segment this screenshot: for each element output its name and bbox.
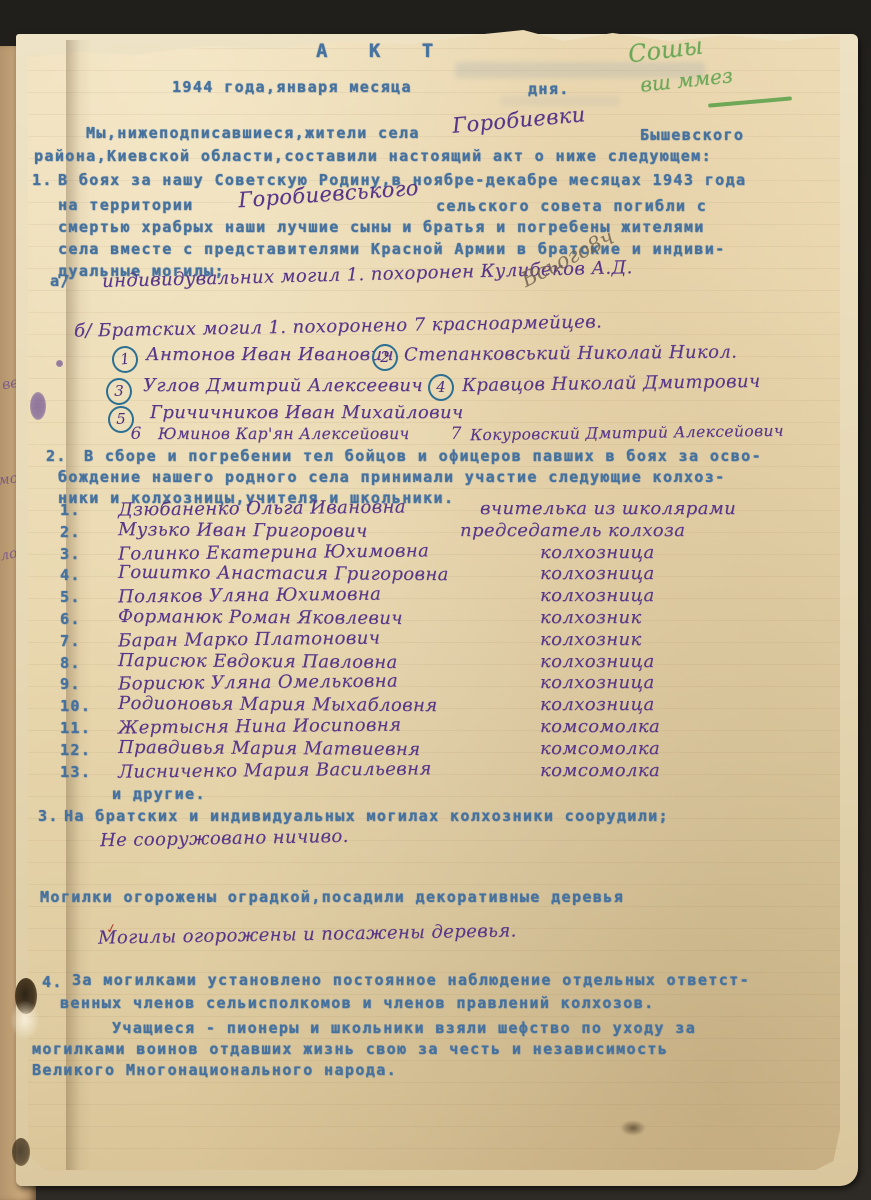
soldier-name: Гричичников Иван Михайлович (150, 402, 464, 423)
item-b-handwritten: б/ Братских могил 1. похоронено 7 красно… (74, 311, 603, 341)
participant-number: 13. (60, 763, 91, 781)
participant-row: 3. Голинко Екатерина Юхимовна колхозница (60, 542, 820, 564)
soldier-name: Кравцов Николай Дмитрович (462, 371, 761, 396)
participants-list: 1. Дзюбаненко Ольга Ивановна вчителька и… (60, 498, 820, 781)
section4-line1: За могилками установлено постоянное набл… (72, 971, 750, 989)
participant-name: Правдивья Мария Матвиевня (118, 737, 421, 760)
soldier-name: Степанковський Николай Никол. (404, 342, 737, 366)
participant-row: 1. Дзюбаненко Ольга Ивановна вчителька и… (60, 498, 820, 520)
section3-handwritten-answer2: Могилы огорожены и посажены деревья. (98, 920, 517, 948)
participant-row: 9. Борисюк Уляна Омельковна колхозница (60, 672, 820, 694)
participant-row: 13. Лисниченко Мария Васильевня комсомол… (60, 760, 820, 782)
participant-name: Форманюк Роман Яковлевич (118, 606, 403, 629)
participant-name: Лисниченко Мария Васильевня (118, 758, 432, 782)
section4-line4: могилками воинов отдавших жизнь свою за … (32, 1040, 668, 1058)
section4-number: 4. (42, 973, 63, 991)
section3-typed2: Могилки огорожены оградкой,посадили деко… (40, 888, 624, 906)
participant-name: Гошитко Анастасия Григоровна (118, 562, 449, 585)
participant-name: Поляков Уляна Юхимовна (118, 584, 381, 608)
participant-number: 8. (60, 654, 81, 672)
participant-role: колхозница (540, 585, 655, 606)
section4-line5: Великого Многонационального народа. (32, 1061, 397, 1079)
participant-role: колхозница (540, 542, 655, 563)
participant-row: 5. Поляков Уляна Юхимовна колхозница (60, 585, 820, 607)
participant-name: Баран Марко Платонович (118, 627, 381, 651)
participant-role: колхозница (540, 651, 655, 672)
participant-row: 6. Форманюк Роман Яковлевич колхозник (60, 607, 820, 629)
participant-number: 11. (60, 719, 91, 737)
section3-line1: На братских и индивидуальных могилах кол… (64, 807, 669, 825)
participant-number: 12. (60, 741, 91, 759)
participant-role: комсомолка (540, 738, 660, 759)
green-pencil-note-line2: вш ммез (639, 63, 734, 97)
date-line-left: 1944 года,января месяца (172, 78, 412, 96)
page-content: А К Т 1944 года,января месяца дня. Сошы … (0, 0, 871, 1200)
soldier-number-circled: 3 (106, 378, 132, 405)
participant-number: 7. (60, 632, 81, 650)
participant-role: комсомолка (540, 716, 660, 737)
participant-row: 4. Гошитко Анастасия Григоровна колхозни… (60, 563, 820, 585)
section1-line2: на территории (58, 196, 194, 214)
participant-number: 10. (60, 697, 91, 715)
participant-number: 3. (60, 545, 81, 563)
participant-name: Парисюк Евдокия Павловна (118, 650, 398, 673)
participant-role: колхозница (540, 672, 655, 693)
date-line-day: дня. (528, 80, 570, 98)
participant-number: 2. (60, 523, 81, 541)
and-others-line: и другие. (112, 785, 206, 803)
participant-number: 6. (60, 610, 81, 628)
soldier-name: Кокуровский Дмитрий Алексейович (470, 422, 784, 444)
section2-line1: В сборе и погребении тел бойцов и офицер… (84, 447, 762, 465)
participant-number: 9. (60, 675, 81, 693)
participant-role: колхозник (540, 607, 642, 628)
participant-name: Родионовья Мария Мыхабловня (118, 693, 438, 716)
participant-name: Музько Иван Григорович (118, 519, 368, 542)
village-name-handwritten: Горобиевки (451, 102, 586, 138)
section2-line2: бождение нашего родного села принимали у… (58, 468, 726, 486)
section1-line2b: сельского совета погибли с (436, 197, 707, 215)
soldier-name: Антонов Иван Иванович (146, 344, 394, 365)
participant-role: колхозник (540, 629, 642, 650)
participant-role: вчителька из школярами (480, 498, 736, 519)
participant-role: колхозница (540, 694, 655, 715)
soldier-name: Углов Дмитрий Алексеевич (143, 375, 423, 396)
green-underline (708, 96, 792, 107)
section3-handwritten-answer: Не сооружовано ничиво. (100, 826, 349, 851)
participant-number: 5. (60, 588, 81, 606)
participant-row: 7. Баран Марко Платонович колхозник (60, 629, 820, 651)
participant-name: Жертысня Нина Иосиповня (118, 714, 402, 738)
participant-role: колхозница (540, 563, 655, 584)
participant-row: 10. Родионовья Мария Мыхабловня колхозни… (60, 694, 820, 716)
section2-number: 2. (46, 447, 67, 465)
item-a-marker: а/ (50, 272, 71, 290)
soldier-number: 6 (128, 424, 144, 444)
participant-role: комсомолка (540, 760, 660, 781)
soldier-number-circled: 2 (372, 344, 398, 371)
section4-line3: Учащиеся - пионеры и школьники взяли шеф… (112, 1019, 696, 1037)
section4-line2: венных членов сельисполкомов и членов пр… (60, 994, 655, 1012)
participant-row: 8. Парисюк Евдокия Павловна колхозница (60, 651, 820, 673)
intro-line1-district: Бышевского (640, 126, 744, 144)
section1-line4: села вместе с представителями Красной Ар… (58, 240, 726, 258)
participant-number: 4. (60, 566, 81, 584)
participant-row: 11. Жертысня Нина Иосиповня комсомолка (60, 716, 820, 738)
participant-number: 1. (60, 501, 81, 519)
participant-row: 2. Музько Иван Григорович председатель к… (60, 520, 820, 542)
intro-line1: Мы,нижеподписавшиеся,жители села (86, 124, 420, 142)
green-pencil-note-line1: Сошы (627, 32, 705, 69)
document-title: А К Т (316, 40, 448, 62)
soldier-number: 7 (448, 424, 464, 444)
section1-number: 1. (32, 171, 53, 189)
soldier-number-circled: 1 (111, 345, 140, 375)
soldier-name: Юминов Кар'ян Алексейович (158, 425, 410, 443)
section3-number: 3. (38, 807, 59, 825)
soldier-number-circled: 4 (428, 374, 454, 401)
participant-name: Дзюбаненко Ольга Ивановна (118, 496, 406, 520)
participant-name: Борисюк Уляна Омельковна (118, 671, 398, 695)
intro-line2: района,Киевской области,составили настоя… (34, 147, 712, 165)
participant-role: председатель колхоза (460, 520, 685, 541)
participant-row: 12. Правдивья Мария Матвиевня комсомолка (60, 738, 820, 760)
participant-name: Голинко Екатерина Юхимовна (118, 540, 429, 564)
